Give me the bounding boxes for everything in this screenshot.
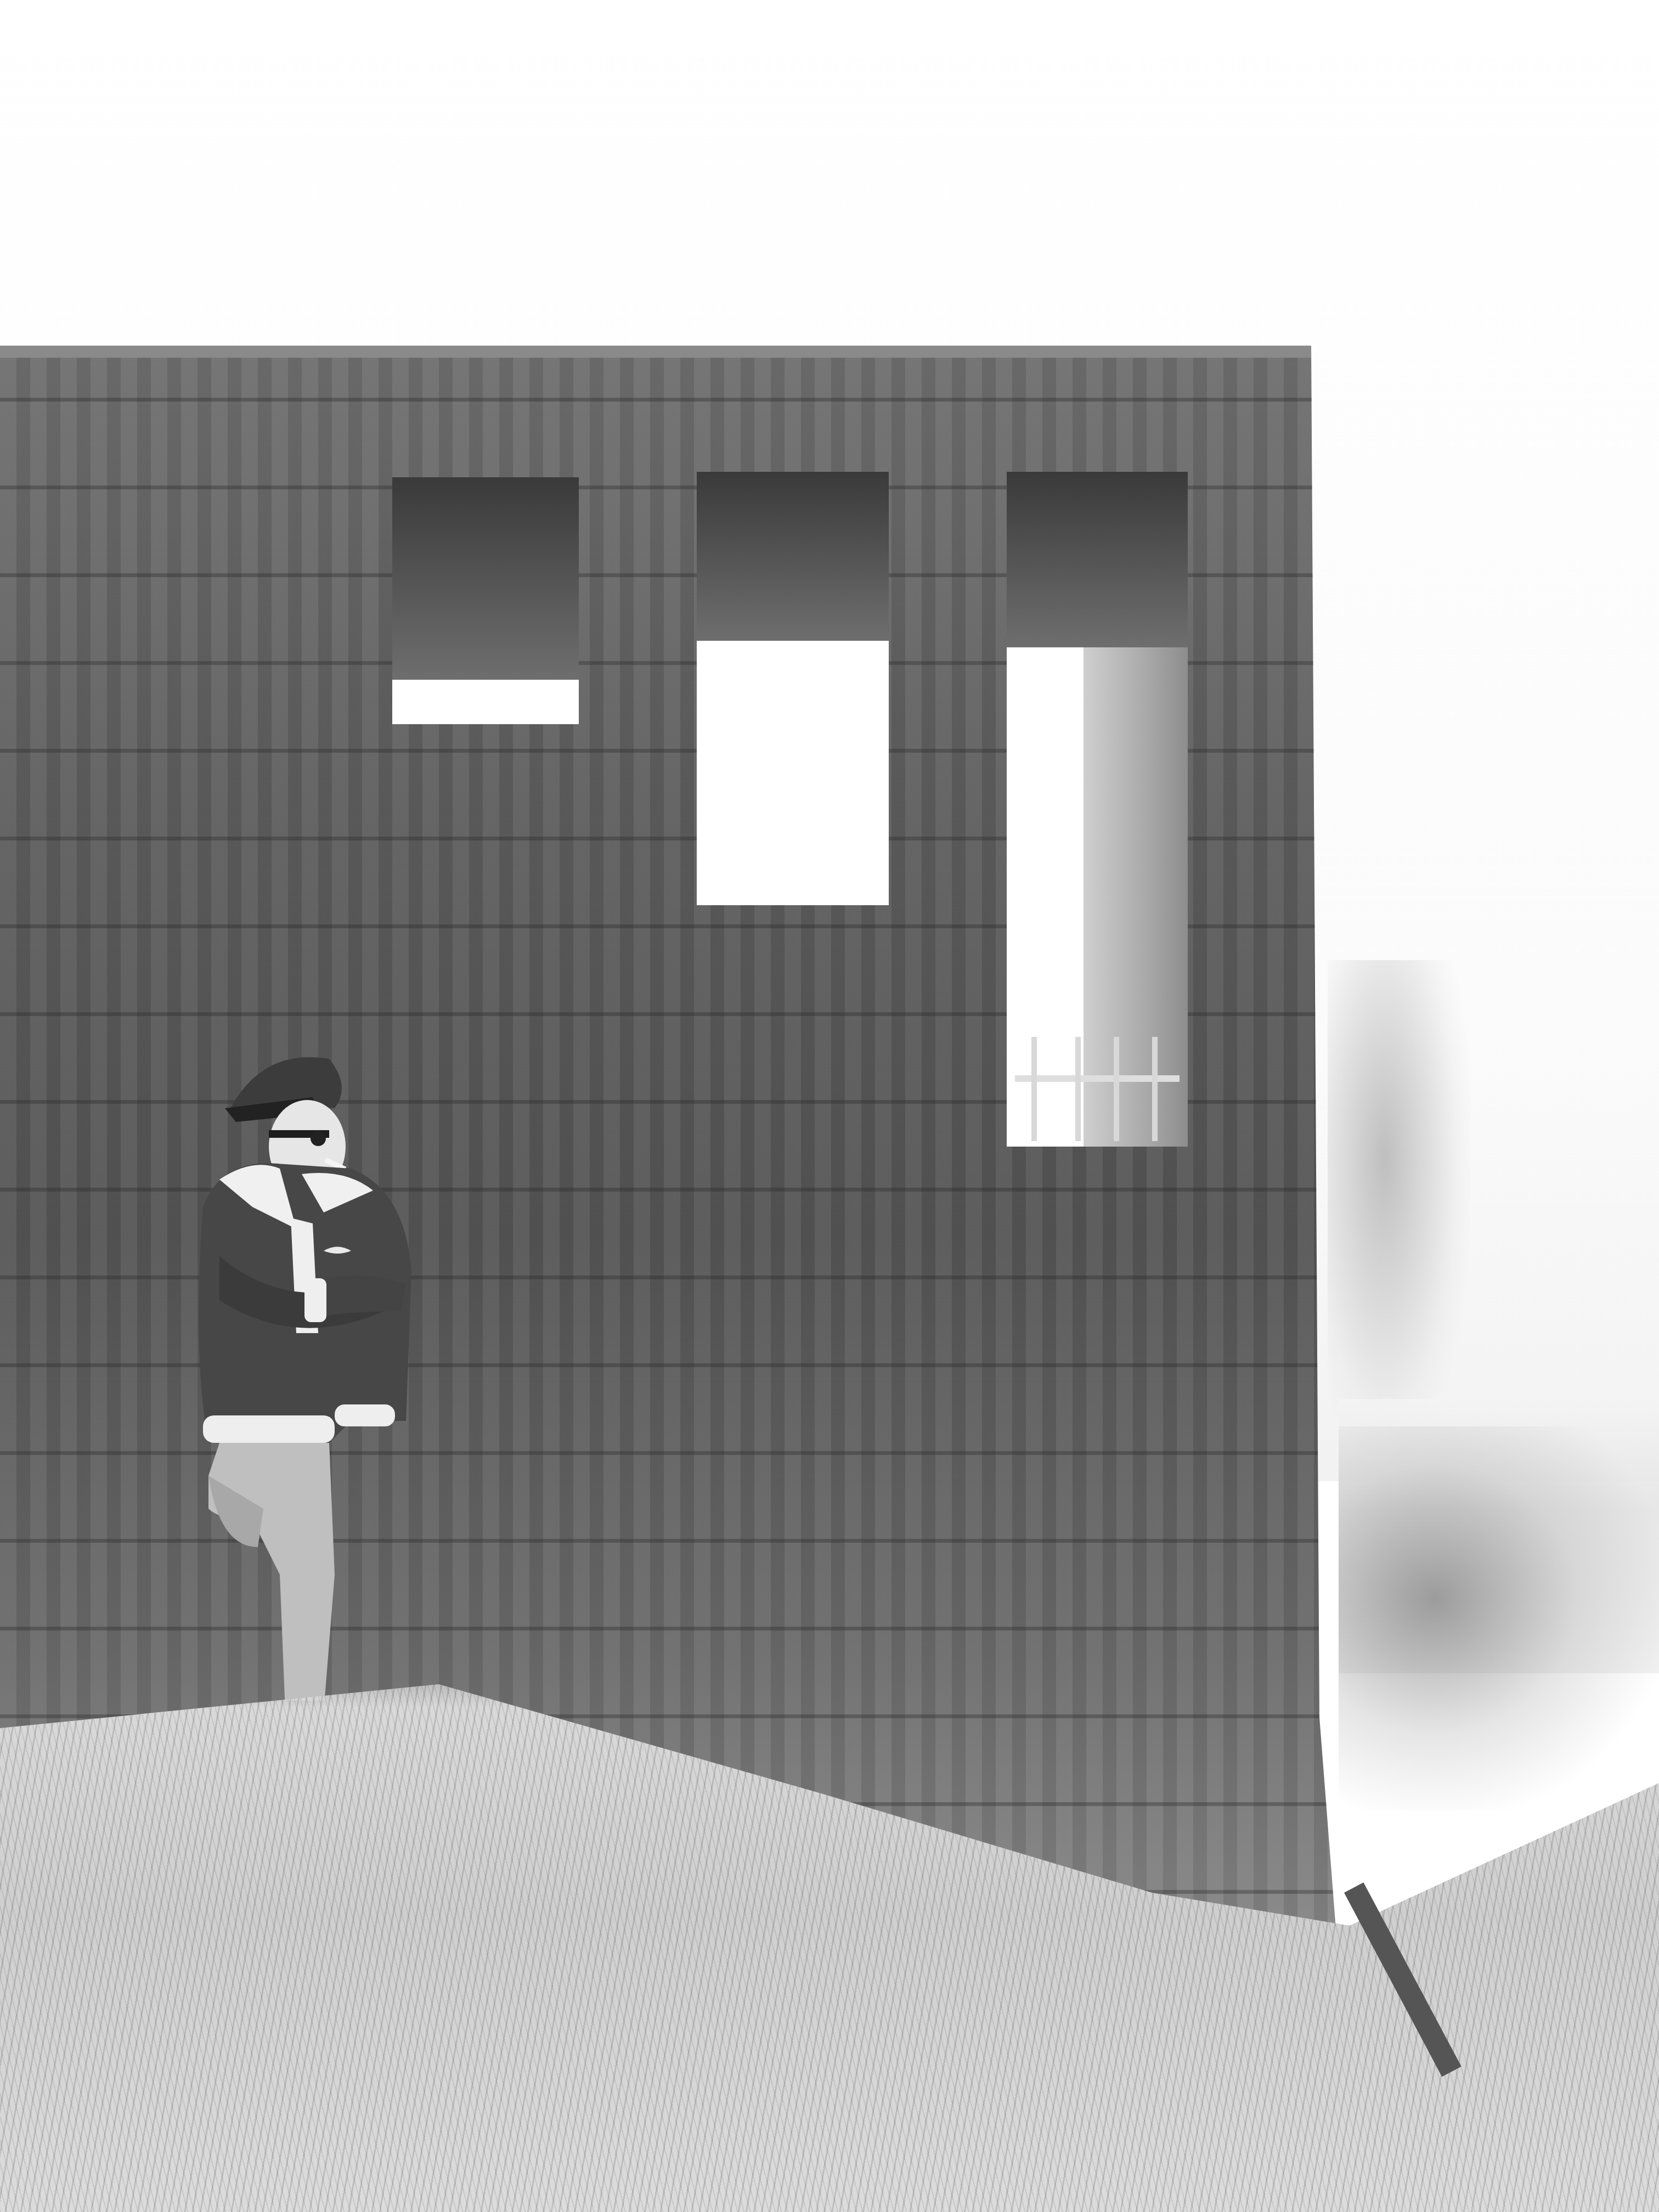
bushes	[1339, 1426, 1659, 1810]
railing-bar	[1031, 1037, 1037, 1141]
photograph: man in shearling flight jacket and peake…	[0, 0, 1659, 2212]
window-inner-wall	[1084, 647, 1188, 1147]
bunker-window-left	[392, 477, 579, 724]
railing-bar	[1152, 1037, 1158, 1141]
bunker-roof-edge	[0, 346, 1311, 358]
tree	[1328, 960, 1470, 1454]
bunker-window-middle	[697, 472, 889, 905]
railing-bar	[1114, 1037, 1119, 1141]
railing-bar	[1075, 1037, 1081, 1141]
man-in-flight-jacket	[187, 1026, 428, 1739]
